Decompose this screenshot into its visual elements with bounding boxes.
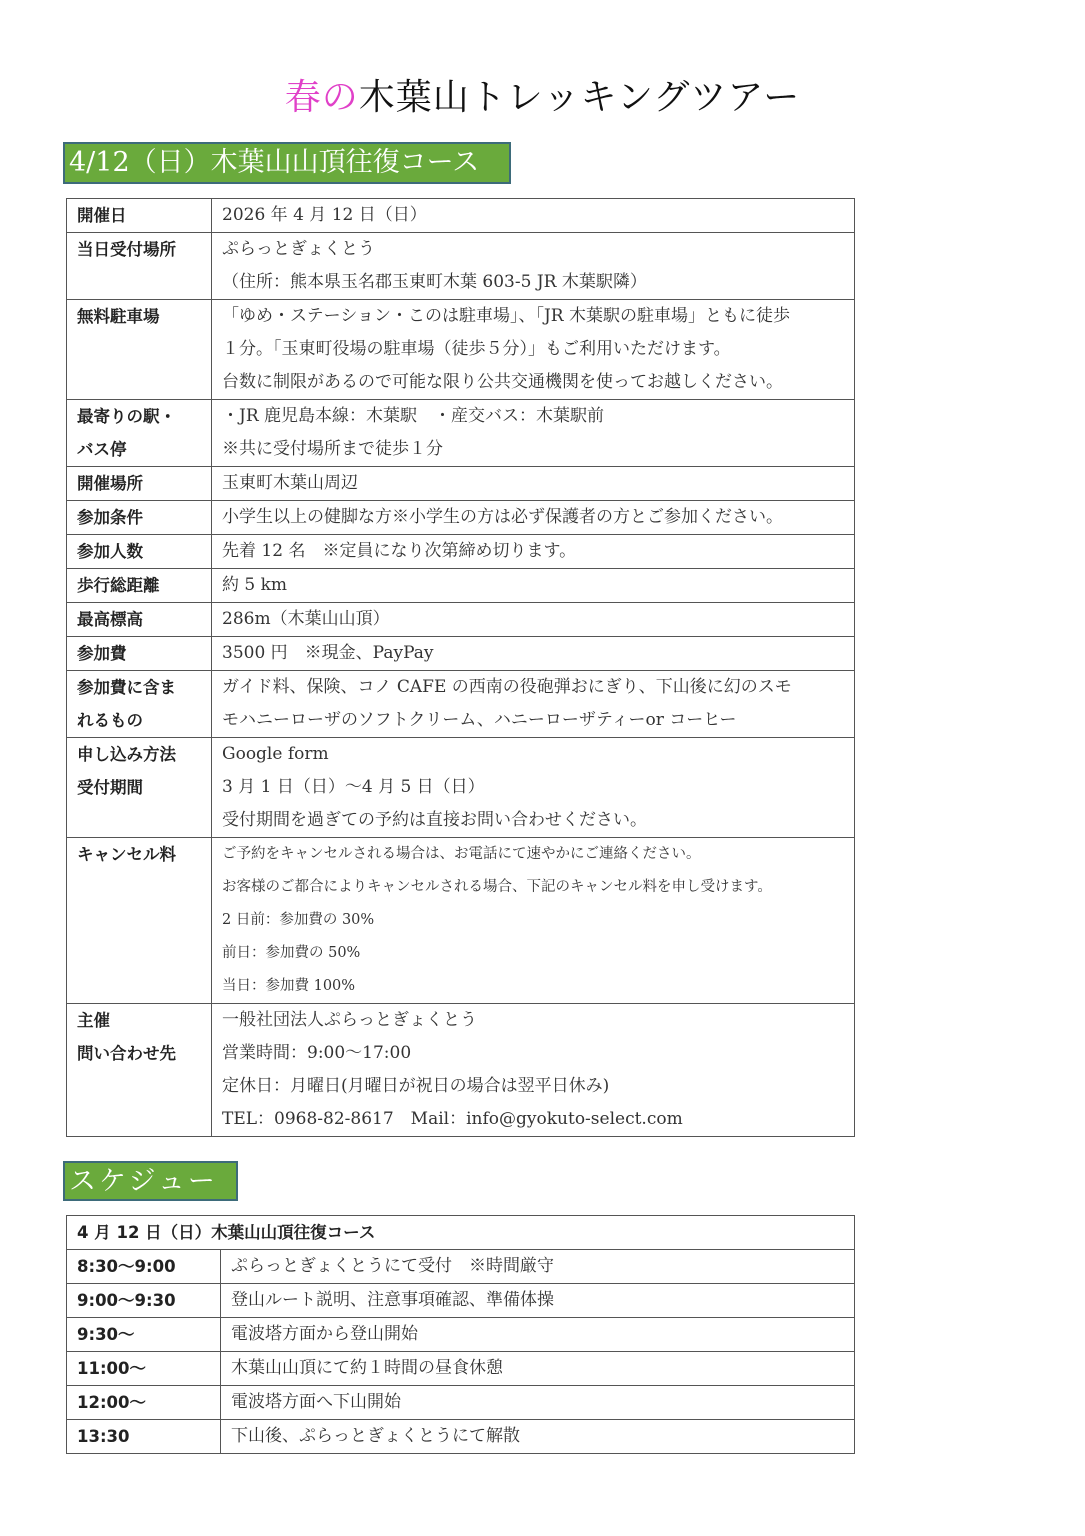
info-label-line: 当日受付場所 — [77, 233, 205, 266]
info-label-line: 受付期間 — [77, 771, 205, 804]
info-value-line: 286m（木葉山山頂） — [222, 603, 846, 636]
info-value-line: 台数に制限があるので可能な限り公共交通機関を使ってお越しください。 — [222, 366, 846, 399]
info-row: 申し込み方法受付期間Google form3 月 1 日（日）～4 月 5 日（… — [67, 738, 855, 838]
info-row: 参加人数先着 12 名 ※定員になり次第締め切ります。 — [67, 535, 855, 569]
info-row: 参加費3500 円 ※現金、PayPay — [67, 637, 855, 671]
info-row: 開催場所玉東町木葉山周辺 — [67, 467, 855, 501]
info-row: 無料駐車場「ゆめ・ステーション・このは駐車場」、「JR 木葉駅の駐車場」ともに徒… — [67, 300, 855, 400]
course-banner: 4/12（日）木葉山山頂往復コース — [63, 142, 511, 184]
event-info-table: 開催日2026 年 4 月 12 日（日）当日受付場所ぷらっとぎょくとう（住所：… — [66, 198, 855, 1137]
info-value: 2026 年 4 月 12 日（日） — [212, 199, 855, 233]
info-value-line: １分。「玉東町役場の駐車場（徒歩５分）」もご利用いただけます。 — [222, 333, 846, 366]
info-value-line: 前日：参加費の 50% — [222, 937, 846, 970]
info-value-line: 定休日：月曜日(月曜日が祝日の場合は翌平日休み) — [222, 1070, 846, 1103]
schedule-row: 9:00～9:30登山ルート説明、注意事項確認、準備体操 — [67, 1284, 855, 1318]
info-label: 参加費に含まれるもの — [67, 671, 212, 738]
info-label: 無料駐車場 — [67, 300, 212, 400]
page-title: 春の木葉山トレッキングツアー — [0, 74, 1085, 122]
schedule-time: 9:30～ — [67, 1318, 221, 1352]
info-value-line: 2 日前：参加費の 30% — [222, 904, 846, 937]
info-value-line: ぷらっとぎょくとう — [222, 233, 846, 266]
info-row: 最高標高286m（木葉山山頂） — [67, 603, 855, 637]
schedule-row: 11:00～木葉山山頂にて約１時間の昼食休憩 — [67, 1352, 855, 1386]
info-value: 小学生以上の健脚な方※小学生の方は必ず保護者の方とご参加ください。 — [212, 501, 855, 535]
schedule-time: 13:30 — [67, 1420, 221, 1454]
info-value-line: お客様のご都合によりキャンセルされる場合、下記のキャンセル料を申し受けます。 — [222, 871, 846, 904]
info-row: 開催日2026 年 4 月 12 日（日） — [67, 199, 855, 233]
schedule-row: 13:30下山後、ぷらっとぎょくとうにて解散 — [67, 1420, 855, 1454]
info-row: 参加費に含まれるものガイド料、保険、コノ CAFE の西南の役砲弾おにぎり、下山… — [67, 671, 855, 738]
schedule-time: 9:00～9:30 — [67, 1284, 221, 1318]
info-label: 最高標高 — [67, 603, 212, 637]
info-row: 最寄りの駅・バス停・JR 鹿児島本線：木葉駅 ・産交バス：木葉駅前※共に受付場所… — [67, 400, 855, 467]
info-value-line: ガイド料、保険、コノ CAFE の西南の役砲弾おにぎり、下山後に幻のスモ — [222, 671, 846, 704]
schedule-header-row: 4 月 12 日（日）木葉山山頂往復コース — [67, 1216, 855, 1250]
info-label: 当日受付場所 — [67, 233, 212, 300]
schedule-time: 8:30～9:00 — [67, 1250, 221, 1284]
schedule-description: 下山後、ぷらっとぎょくとうにて解散 — [221, 1420, 855, 1454]
info-label: 申し込み方法受付期間 — [67, 738, 212, 838]
info-value-line: 約 5 km — [222, 569, 846, 602]
info-value: 一般社団法人ぷらっとぎょくとう営業時間：9:00～17:00定休日：月曜日(月曜… — [212, 1004, 855, 1137]
info-value-line: ご予約をキャンセルされる場合は、お電話にて速やかにご連絡ください。 — [222, 838, 846, 871]
info-label-line: 申し込み方法 — [77, 738, 205, 771]
info-label-line: 主催 — [77, 1004, 205, 1037]
info-label-line: 無料駐車場 — [77, 300, 205, 333]
schedule-row: 8:30～9:00ぷらっとぎょくとうにて受付 ※時間厳守 — [67, 1250, 855, 1284]
info-label-line: 参加費に含ま — [77, 671, 205, 704]
info-value-line: 受付期間を過ぎての予約は直接お問い合わせください。 — [222, 804, 846, 837]
schedule-description: 電波塔方面から登山開始 — [221, 1318, 855, 1352]
schedule-description: 木葉山山頂にて約１時間の昼食休憩 — [221, 1352, 855, 1386]
info-label: キャンセル料 — [67, 838, 212, 1004]
info-value: Google form3 月 1 日（日）～4 月 5 日（日）受付期間を過ぎて… — [212, 738, 855, 838]
info-value: 約 5 km — [212, 569, 855, 603]
info-value-line: モハニーローザのソフトクリーム、ハニーローザティーor コーヒー — [222, 704, 846, 737]
info-label: 開催日 — [67, 199, 212, 233]
schedule-time: 11:00～ — [67, 1352, 221, 1386]
schedule-row: 9:30～電波塔方面から登山開始 — [67, 1318, 855, 1352]
info-value-line: ※共に受付場所まで徒歩１分 — [222, 433, 846, 466]
info-label-line: れるもの — [77, 704, 205, 737]
info-value: ぷらっとぎょくとう（住所：熊本県玉名郡玉東町木葉 603-5 JR 木葉駅隣） — [212, 233, 855, 300]
info-value-line: 「ゆめ・ステーション・このは駐車場」、「JR 木葉駅の駐車場」ともに徒歩 — [222, 300, 846, 333]
info-label-line: 参加人数 — [77, 535, 205, 568]
schedule-time: 12:00～ — [67, 1386, 221, 1420]
info-value: ガイド料、保険、コノ CAFE の西南の役砲弾おにぎり、下山後に幻のスモモハニー… — [212, 671, 855, 738]
info-value-line: 一般社団法人ぷらっとぎょくとう — [222, 1004, 846, 1037]
info-label: 参加条件 — [67, 501, 212, 535]
title-accent: 春の — [285, 77, 359, 118]
info-value-line: 先着 12 名 ※定員になり次第締め切ります。 — [222, 535, 846, 568]
info-label: 歩行総距離 — [67, 569, 212, 603]
info-value: 玉東町木葉山周辺 — [212, 467, 855, 501]
info-label: 最寄りの駅・バス停 — [67, 400, 212, 467]
info-label: 参加人数 — [67, 535, 212, 569]
info-value-line: 2026 年 4 月 12 日（日） — [222, 199, 846, 232]
info-label-line: 問い合わせ先 — [77, 1037, 205, 1070]
schedule-banner: スケジュール — [63, 1161, 238, 1201]
info-value-line: Google form — [222, 738, 846, 771]
info-label-line: 開催場所 — [77, 467, 205, 500]
info-value-line: 当日：参加費 100% — [222, 970, 846, 1003]
info-label-line: 参加費 — [77, 637, 205, 670]
schedule-description: 登山ルート説明、注意事項確認、準備体操 — [221, 1284, 855, 1318]
info-value: 286m（木葉山山頂） — [212, 603, 855, 637]
info-value: 先着 12 名 ※定員になり次第締め切ります。 — [212, 535, 855, 569]
info-label-line: 参加条件 — [77, 501, 205, 534]
info-value-line: 3 月 1 日（日）～4 月 5 日（日） — [222, 771, 846, 804]
info-row: 主催問い合わせ先一般社団法人ぷらっとぎょくとう営業時間：9:00～17:00定休… — [67, 1004, 855, 1137]
info-label-line: 最高標高 — [77, 603, 205, 636]
info-value-line: TEL：0968-82-8617 Mail：info@gyokuto-selec… — [222, 1103, 846, 1136]
schedule-description: 電波塔方面へ下山開始 — [221, 1386, 855, 1420]
info-label-line: 最寄りの駅・ — [77, 400, 205, 433]
schedule-description: ぷらっとぎょくとうにて受付 ※時間厳守 — [221, 1250, 855, 1284]
info-label: 主催問い合わせ先 — [67, 1004, 212, 1137]
schedule-header: 4 月 12 日（日）木葉山山頂往復コース — [67, 1216, 855, 1250]
info-value-line: 小学生以上の健脚な方※小学生の方は必ず保護者の方とご参加ください。 — [222, 501, 846, 534]
info-label-line: バス停 — [77, 433, 205, 466]
info-row: キャンセル料ご予約をキャンセルされる場合は、お電話にて速やかにご連絡ください。お… — [67, 838, 855, 1004]
title-main: 木葉山トレッキングツアー — [359, 77, 800, 118]
info-label-line: キャンセル料 — [77, 838, 205, 871]
info-value-line: （住所：熊本県玉名郡玉東町木葉 603-5 JR 木葉駅隣） — [222, 266, 846, 299]
info-value: 「ゆめ・ステーション・このは駐車場」、「JR 木葉駅の駐車場」ともに徒歩１分。「… — [212, 300, 855, 400]
info-value: 3500 円 ※現金、PayPay — [212, 637, 855, 671]
info-label: 開催場所 — [67, 467, 212, 501]
info-row: 参加条件小学生以上の健脚な方※小学生の方は必ず保護者の方とご参加ください。 — [67, 501, 855, 535]
info-value-line: 3500 円 ※現金、PayPay — [222, 637, 846, 670]
info-value-line: 営業時間：9:00～17:00 — [222, 1037, 846, 1070]
info-value-line: 玉東町木葉山周辺 — [222, 467, 846, 500]
info-row: 歩行総距離約 5 km — [67, 569, 855, 603]
schedule-table: 4 月 12 日（日）木葉山山頂往復コース 8:30～9:00ぷらっとぎょくとう… — [66, 1215, 855, 1454]
schedule-row: 12:00～電波塔方面へ下山開始 — [67, 1386, 855, 1420]
info-value: ・JR 鹿児島本線：木葉駅 ・産交バス：木葉駅前※共に受付場所まで徒歩１分 — [212, 400, 855, 467]
info-label-line: 開催日 — [77, 199, 205, 232]
info-label: 参加費 — [67, 637, 212, 671]
info-value-line: ・JR 鹿児島本線：木葉駅 ・産交バス：木葉駅前 — [222, 400, 846, 433]
info-label-line: 歩行総距離 — [77, 569, 205, 602]
info-row: 当日受付場所ぷらっとぎょくとう（住所：熊本県玉名郡玉東町木葉 603-5 JR … — [67, 233, 855, 300]
info-value: ご予約をキャンセルされる場合は、お電話にて速やかにご連絡ください。お客様のご都合… — [212, 838, 855, 1004]
